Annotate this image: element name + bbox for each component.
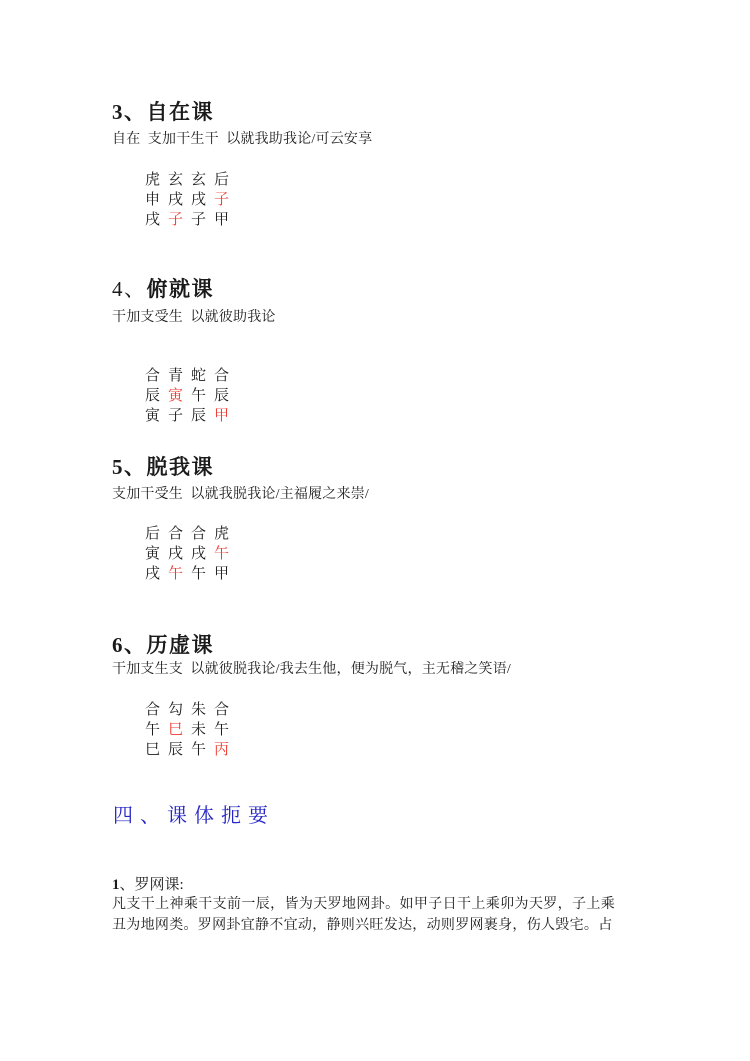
grid-cell-red: 午 xyxy=(168,564,183,584)
grid-cell-red: 丙 xyxy=(214,740,229,760)
grid-cell: 午 xyxy=(145,720,160,740)
grid-cell: 午 xyxy=(191,386,206,406)
course-grid-row: 合青蛇合 xyxy=(145,366,229,386)
grid-cell: 寅 xyxy=(145,544,160,564)
grid-cell: 后 xyxy=(145,524,160,544)
grid-cell: 青 xyxy=(168,366,183,386)
item-title: 、罗网课: xyxy=(120,877,184,893)
grid-cell: 朱 xyxy=(191,700,206,720)
grid-cell: 辰 xyxy=(191,406,206,426)
course-grid-row: 虎玄玄后 xyxy=(145,170,229,190)
section-number: 4、 xyxy=(112,277,147,301)
grid-cell-red: 子 xyxy=(214,190,229,210)
grid-cell: 玄 xyxy=(191,170,206,190)
grid-cell: 甲 xyxy=(214,210,229,230)
course-grid-row: 巳辰午丙 xyxy=(145,740,229,760)
grid-cell: 申 xyxy=(145,190,160,210)
grid-cell: 合 xyxy=(191,524,206,544)
item-number: 1 xyxy=(112,877,120,893)
grid-cell: 戌 xyxy=(145,210,160,230)
course-grid-row: 辰寅午辰 xyxy=(145,386,229,406)
grid-cell: 寅 xyxy=(145,406,160,426)
section-title: 自在课 xyxy=(147,100,215,124)
grid-cell: 后 xyxy=(214,170,229,190)
section-desc-lixu: 干加支生支 以就彼脱我论/我去生他，便为脱气，主无稽之笑语/ xyxy=(112,660,511,680)
grid-cell: 戌 xyxy=(191,190,206,210)
grid-cell-red: 子 xyxy=(168,210,183,230)
grid-cell-red: 甲 xyxy=(214,406,229,426)
grid-cell: 戌 xyxy=(168,544,183,564)
grid-cell: 戌 xyxy=(168,190,183,210)
course-grid-row: 戌子子甲 xyxy=(145,210,229,230)
grid-cell: 虎 xyxy=(145,170,160,190)
grid-cell: 辰 xyxy=(214,386,229,406)
grid-cell: 蛇 xyxy=(191,366,206,386)
section-heading-lixu: 6、历虚课 xyxy=(112,632,214,658)
course-grid-row: 午巳未午 xyxy=(145,720,229,740)
body-paragraph-luowang: 凡支干上神乘干支前一辰，皆为天罗地网卦。如甲子日干上乘卯为天罗，子上乘丑为地网类… xyxy=(112,894,615,936)
grid-cell-red: 午 xyxy=(214,544,229,564)
grid-cell: 甲 xyxy=(214,564,229,584)
grid-cell: 午 xyxy=(214,720,229,740)
section-title: 历虚课 xyxy=(147,633,215,657)
course-grid-row: 寅戌戌午 xyxy=(145,544,229,564)
grid-cell: 午 xyxy=(191,740,206,760)
section-desc-fujiu: 干加支受生 以就彼助我论 xyxy=(112,308,276,328)
grid-cell: 午 xyxy=(191,564,206,584)
grid-cell: 虎 xyxy=(214,524,229,544)
grid-cell: 合 xyxy=(145,700,160,720)
section-desc-tuowo: 支加干受生 以就我脱我论/主福履之来崇/ xyxy=(112,485,369,505)
section-title: 脱我课 xyxy=(147,455,215,479)
grid-cell: 合 xyxy=(214,366,229,386)
section-number: 3、 xyxy=(112,100,147,124)
course-grid-lixu: 合勾朱合午巳未午巳辰午丙 xyxy=(145,700,229,760)
grid-cell-red: 巳 xyxy=(168,720,183,740)
section-number: 6、 xyxy=(112,633,147,657)
course-grid-row: 合勾朱合 xyxy=(145,700,229,720)
course-grid-row: 后合合虎 xyxy=(145,524,229,544)
document-page: 3、自在课 自在 支加干生干 以就我助我论/可云安享 虎玄玄后申戌戌子戌子子甲 … xyxy=(0,0,750,1061)
grid-cell: 合 xyxy=(145,366,160,386)
grid-cell: 子 xyxy=(191,210,206,230)
grid-cell: 合 xyxy=(214,700,229,720)
grid-cell: 合 xyxy=(168,524,183,544)
grid-cell-red: 寅 xyxy=(168,386,183,406)
grid-cell: 戌 xyxy=(191,544,206,564)
section-heading-zizai: 3、自在课 xyxy=(112,99,214,125)
course-grid-fujiu: 合青蛇合辰寅午辰寅子辰甲 xyxy=(145,366,229,426)
section-title: 俯就课 xyxy=(147,277,215,301)
course-grid-zizai: 虎玄玄后申戌戌子戌子子甲 xyxy=(145,170,229,230)
course-grid-row: 戌午午甲 xyxy=(145,564,229,584)
grid-cell: 勾 xyxy=(168,700,183,720)
course-grid-row: 申戌戌子 xyxy=(145,190,229,210)
section-heading-tuowo: 5、脱我课 xyxy=(112,454,214,480)
grid-cell: 戌 xyxy=(145,564,160,584)
part-heading-ketizhaiyao: 四、课体扼要 xyxy=(113,804,275,828)
course-grid-tuowo: 后合合虎寅戌戌午戌午午甲 xyxy=(145,524,229,584)
section-heading-fujiu: 4、俯就课 xyxy=(112,276,214,302)
grid-cell: 未 xyxy=(191,720,206,740)
item-heading-luowangke: 1、罗网课: xyxy=(112,875,184,895)
grid-cell: 辰 xyxy=(168,740,183,760)
grid-cell: 巳 xyxy=(145,740,160,760)
section-desc-zizai: 自在 支加干生干 以就我助我论/可云安享 xyxy=(112,130,372,150)
section-number: 5、 xyxy=(112,455,147,479)
grid-cell: 玄 xyxy=(168,170,183,190)
grid-cell: 辰 xyxy=(145,386,160,406)
grid-cell: 子 xyxy=(168,406,183,426)
course-grid-row: 寅子辰甲 xyxy=(145,406,229,426)
